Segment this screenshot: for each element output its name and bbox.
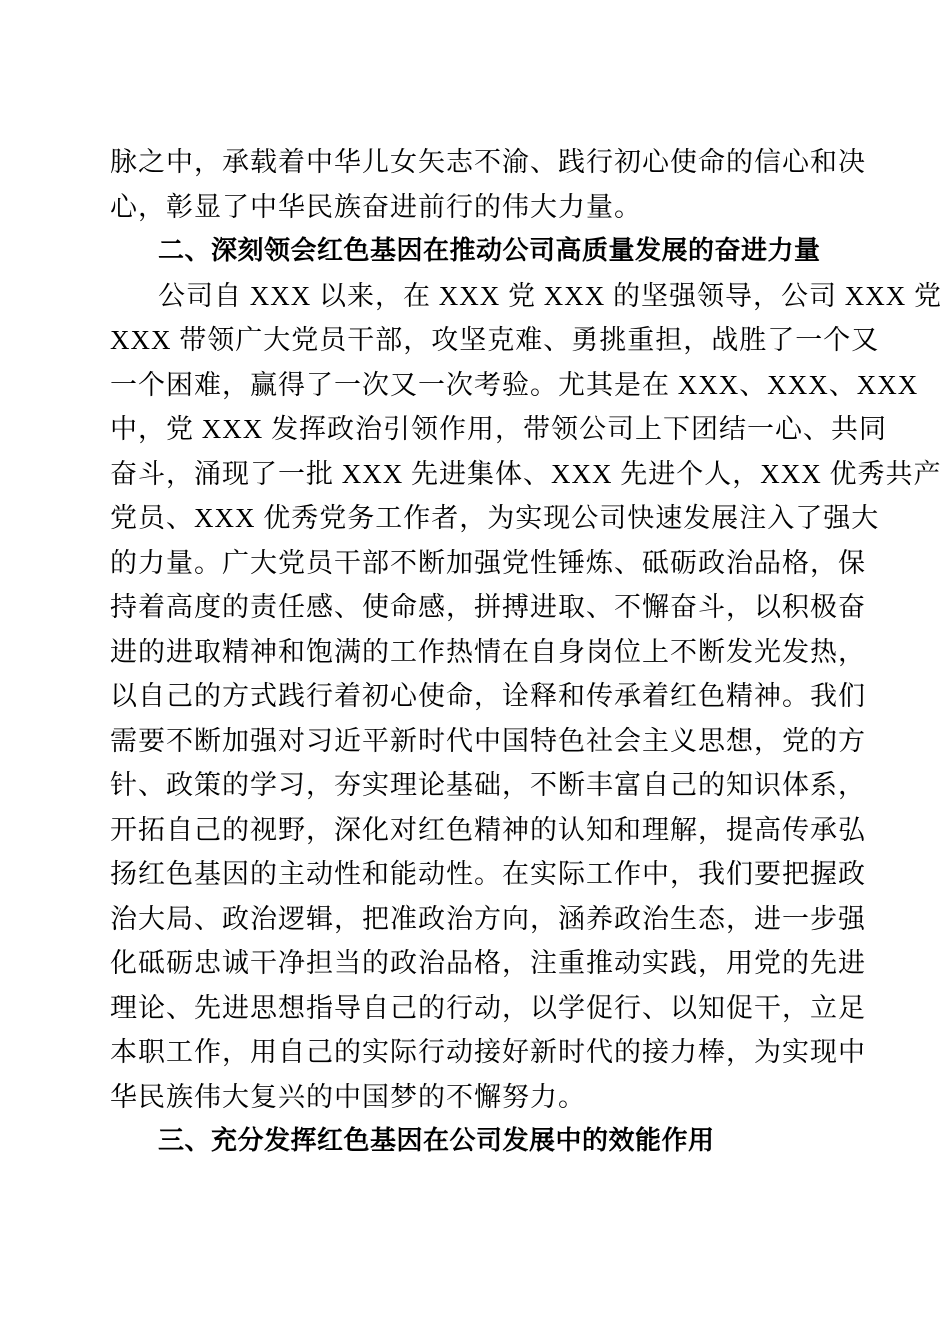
text-line: XXX 带领广大党员干部，攻坚克难、勇挑重担，战胜了一个又 (110, 318, 850, 363)
text-line: 心，彰显了中华民族奋进前行的伟大力量。 (110, 185, 850, 230)
document-page: 脉之中，承载着中华儿女矢志不渝、践行初心使命的信心和决心，彰显了中华民族奋进前行… (0, 0, 950, 1344)
text-line: 脉之中，承载着中华儿女矢志不渝、践行初心使命的信心和决 (110, 140, 850, 185)
text-line: 持着高度的责任感、使命感，拼搏进取、不懈奋斗，以积极奋 (110, 585, 850, 630)
text-line: 需要不断加强对习近平新时代中国特色社会主义思想，党的方 (110, 719, 850, 764)
text-line: 针、政策的学习，夯实理论基础，不断丰富自己的知识体系， (110, 763, 850, 808)
text-line: 的力量。广大党员干部不断加强党性锤炼、砥砺政治品格，保 (110, 541, 850, 586)
text-line: 本职工作，用自己的实际行动接好新时代的接力棒，为实现中 (110, 1030, 850, 1075)
text-line: 中，党 XXX 发挥政治引领作用，带领公司上下团结一心、共同 (110, 407, 850, 452)
text-line: 公司自 XXX 以来，在 XXX 党 XXX 的坚强领导，公司 XXX 党 (110, 274, 850, 319)
text-line: 奋斗，涌现了一批 XXX 先进集体、XXX 先进个人，XXX 优秀共产 (110, 452, 850, 497)
text-line: 扬红色基因的主动性和能动性。在实际工作中，我们要把握政 (110, 852, 850, 897)
text-line: 以自己的方式践行着初心使命，诠释和传承着红色精神。我们 (110, 674, 850, 719)
text-line: 开拓自己的视野，深化对红色精神的认知和理解，提高传承弘 (110, 808, 850, 853)
text-line: 党员、XXX 优秀党务工作者，为实现公司快速发展注入了强大 (110, 496, 850, 541)
text-line: 进的进取精神和饱满的工作热情在自身岗位上不断发光发热， (110, 630, 850, 675)
document-text-block: 脉之中，承载着中华儿女矢志不渝、践行初心使命的信心和决心，彰显了中华民族奋进前行… (110, 140, 850, 1164)
paragraph-continuation: 脉之中，承载着中华儿女矢志不渝、践行初心使命的信心和决心，彰显了中华民族奋进前行… (110, 140, 850, 229)
paragraph-section-2: 公司自 XXX 以来，在 XXX 党 XXX 的坚强领导，公司 XXX 党XXX… (110, 274, 850, 1120)
text-line: 治大局、政治逻辑，把准政治方向，涵养政治生态，进一步强 (110, 897, 850, 942)
text-line: 化砥砺忠诚干净担当的政治品格，注重推动实践，用党的先进 (110, 941, 850, 986)
section-heading-2: 二、深刻领会红色基因在推动公司高质量发展的奋进力量 (110, 229, 850, 274)
text-line: 一个困难，赢得了一次又一次考验。尤其是在 XXX、XXX、XXX (110, 363, 850, 408)
section-heading-3: 三、充分发挥红色基因在公司发展中的效能作用 (110, 1119, 850, 1164)
text-line: 理论、先进思想指导自己的行动，以学促行、以知促干，立足 (110, 986, 850, 1031)
text-line: 华民族伟大复兴的中国梦的不懈努力。 (110, 1075, 850, 1120)
